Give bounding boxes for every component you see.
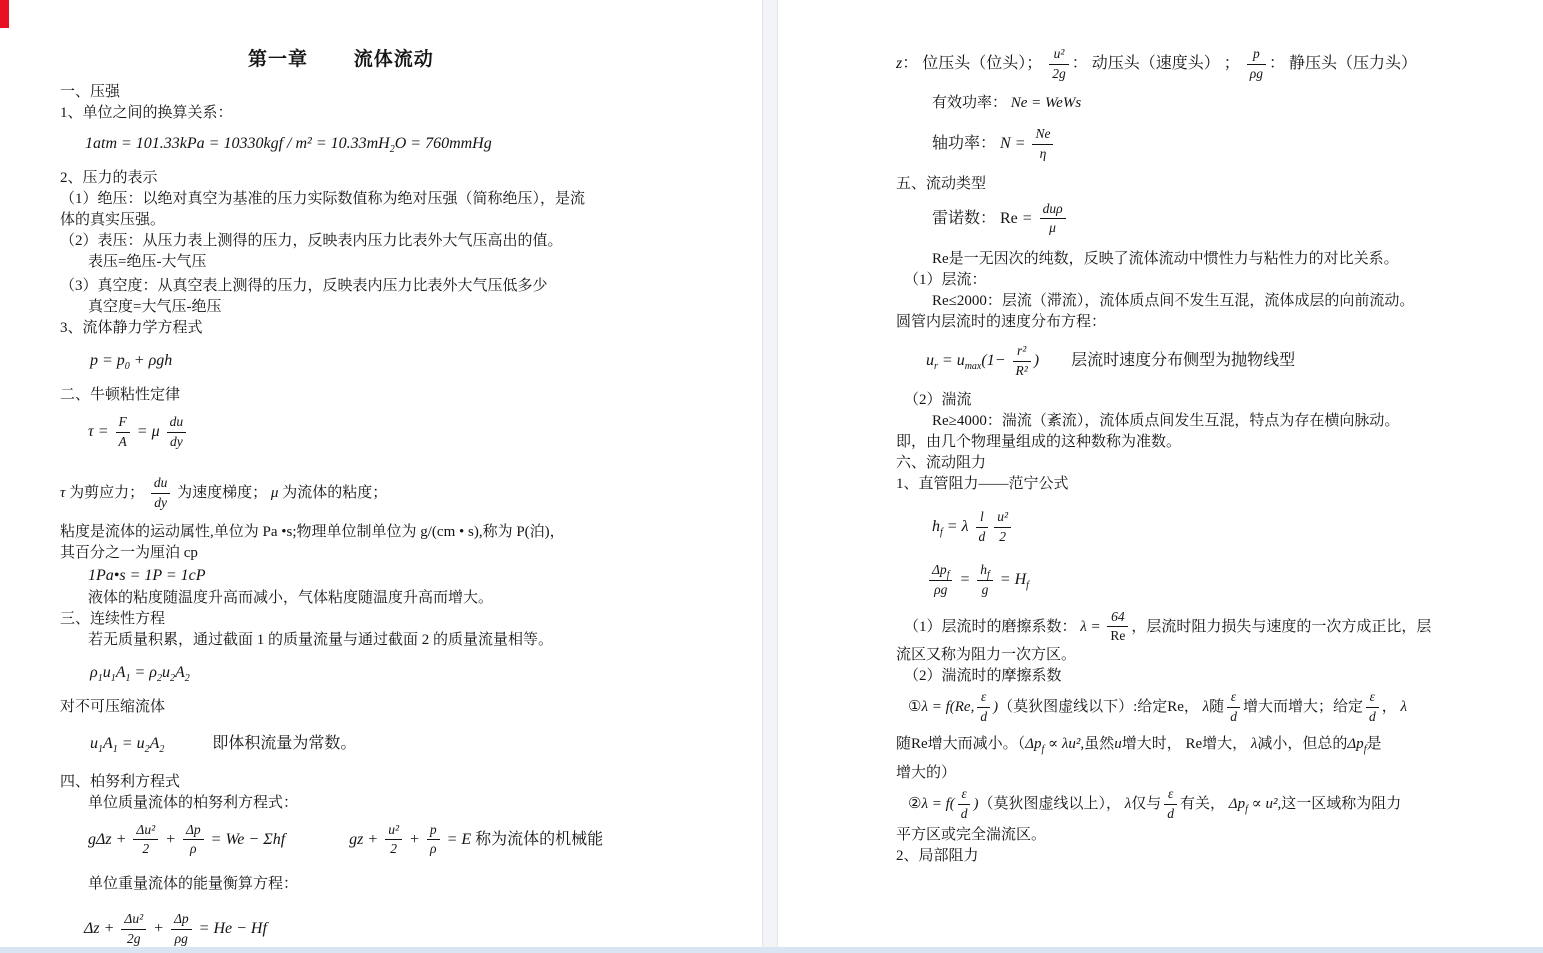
math-run: Ne = WeWs <box>1011 95 1081 111</box>
text-run: 随Re增大而减小。（ <box>896 736 1025 752</box>
right-page[interactable]: z： 位压头（位头）； u²2g： 动压头（速度头） ； pρg： 静压头（压力… <box>778 0 1543 953</box>
math-run: 2 <box>999 529 1006 544</box>
fraction: u²2 <box>994 509 1011 546</box>
math-run: ρ2 <box>149 664 162 681</box>
fraction: Δu²2g <box>121 911 146 948</box>
math-run: u2 <box>137 735 150 752</box>
chapter-title: 第一章 流体流动 <box>248 44 434 71</box>
text-line: 若无质量积累，通过截面 1 的质量流量与通过截面 2 的质量流量相等。 <box>88 630 762 651</box>
math-run: ρ1 <box>90 664 103 681</box>
math-run: d <box>1230 709 1237 724</box>
text-line: 即，由几个物理量组成的这种数称为准数。 <box>896 432 1543 453</box>
math-run: dy <box>154 495 167 510</box>
text-run: 为流体的粘度； <box>282 485 387 501</box>
math-run: umax <box>957 352 982 369</box>
math-run: u1 <box>103 664 116 681</box>
text-run: 层流时速度分布侧型为抛物线型 <box>1039 352 1295 369</box>
text-run: 流区又称为阻力一次方区。 <box>896 647 1076 663</box>
fraction: dudy <box>167 414 187 451</box>
fraction: Δpρg <box>171 911 192 948</box>
text-run: 圆管内层流时的速度分布方程： <box>896 314 1106 330</box>
math-run: gz + <box>349 831 382 848</box>
text-run: 六、流动阻力 <box>896 455 986 471</box>
math-run: u2 <box>162 664 175 681</box>
text-run: 对不可压缩流体 <box>60 699 165 715</box>
fraction: εd <box>1227 689 1240 726</box>
math-run: r² <box>1017 343 1026 358</box>
text-line: Re≤2000：层流（滞流），流体质点间不发生互混，流体成层的向前流动。 <box>932 291 1543 312</box>
math-run: ε <box>1168 786 1173 801</box>
text-line: 其百分之一为厘泊 cp <box>60 543 762 564</box>
text-line: （3）真空度：从真空表上测得的压力，反映表内压力比表外大气压低多少 <box>60 276 762 297</box>
text-line: （2）湍流时的摩擦系数 <box>904 666 1543 687</box>
text-line: Re≥4000：湍流（紊流），流体质点间发生互混，特点为存在横向脉动。 <box>932 411 1543 432</box>
text-run: 一、压强 <box>60 84 120 100</box>
text-run: 2、局部阻力 <box>896 848 979 864</box>
fraction: εd <box>1164 786 1177 823</box>
math-run: ρ <box>190 841 196 856</box>
text-run: ，层流时阻力损失与速度的一次方成正比，层 <box>1131 618 1431 634</box>
text-line: 2、压力的表示 <box>60 168 762 189</box>
fraction: 64Re <box>1107 609 1128 646</box>
text-run: ,虽然 <box>1080 736 1114 752</box>
math-run: 2 <box>390 841 397 856</box>
left-page[interactable]: 第一章 流体流动 一、压强1、单位之间的换算关系：1atm = 101.33kP… <box>0 0 762 953</box>
fraction: dudy <box>151 475 171 512</box>
math-run: Δu² <box>136 822 155 837</box>
formula-line: p = p0 + ρgh <box>90 349 762 373</box>
text-run: 是 <box>1366 736 1381 752</box>
text-line: 圆管内层流时的速度分布方程： <box>896 312 1543 333</box>
fraction: u²2 <box>385 822 402 859</box>
text-line: （1）层流时的磨擦系数： λ = 64Re，层流时阻力损失与速度的一次方成正比，… <box>904 609 1543 646</box>
text-run: 增大的） <box>896 765 956 781</box>
text-line: 三、连续性方程 <box>60 609 762 630</box>
text-run: 增大而增大；给定 <box>1243 699 1363 715</box>
math-run: Δz + <box>84 920 118 937</box>
fraction: FA <box>116 414 130 451</box>
formula-line: 雷诺数： Re = duρμ <box>932 201 1543 238</box>
text-run: Re≥4000：湍流（紊流），流体质点间发生互混，特点为存在横向脉动。 <box>932 413 1399 429</box>
formula-line: hf = λ ldu²2 <box>932 509 1543 546</box>
fraction: ld <box>976 509 989 546</box>
fraction: εd <box>1366 689 1379 726</box>
math-run: p0 <box>117 352 130 369</box>
math-run: d <box>979 529 986 544</box>
math-run: 2g <box>1052 66 1066 81</box>
fraction: εd <box>958 786 971 823</box>
math-run: Δp <box>186 822 201 837</box>
formula-line: 1Pa•s = 1P = 1cP <box>88 564 762 588</box>
math-run: λ = <box>1080 618 1104 634</box>
math-run: = <box>955 571 974 588</box>
math-run: mH2 <box>367 135 395 152</box>
text-line: Re是一无因次的纯数，反映了流体流动中惯性力与粘性力的对比关系。 <box>932 249 1543 270</box>
right-page-content: z： 位压头（位头）； u²2g： 动压头（速度头） ； pρg： 静压头（压力… <box>896 46 1543 867</box>
math-run: Δpf <box>1347 736 1366 752</box>
math-run: N = <box>1000 135 1029 152</box>
bottom-edge-strip <box>0 947 1543 953</box>
text-line: 随Re增大而减小。（Δpf ∝ λu²,虽然u增大时， Re增大， λ减小，但总… <box>896 734 1543 755</box>
text-run: ： 位压头（位头）； <box>902 55 1046 72</box>
math-run: ur <box>926 352 938 369</box>
formula-line: ur = umax(1− r²R²) 层流时速度分布侧型为抛物线型 <box>926 343 1543 380</box>
text-run: 有关， <box>1180 796 1229 812</box>
text-run: 二、牛顿粘性定律 <box>60 387 180 403</box>
text-run: 1、直管阻力——范宁公式 <box>896 476 1069 492</box>
text-line: 增大的） <box>896 763 1543 784</box>
text-run: 为速度梯度； <box>173 485 271 501</box>
math-run: 1atm = 101.33kPa = 10330kgf / m² = 10.33 <box>85 135 367 152</box>
math-run: 2g <box>127 931 141 946</box>
text-run: 四、柏努利方程式 <box>60 774 180 790</box>
left-page-content: 一、压强1、单位之间的换算关系：1atm = 101.33kPa = 10330… <box>60 82 762 948</box>
math-run: u² <box>1054 46 1065 61</box>
text-run: （2）湍流 <box>904 392 972 408</box>
text-line: （2）湍流 <box>904 390 1543 411</box>
math-run: η <box>1040 146 1047 161</box>
math-run: = <box>118 735 137 752</box>
document-viewer: 第一章 流体流动 一、压强1、单位之间的换算关系：1atm = 101.33kP… <box>0 0 1543 953</box>
page-gap <box>762 0 778 953</box>
text-run: 轴功率： <box>932 135 1000 152</box>
math-run: A1 <box>103 735 118 752</box>
text-run: ， <box>1382 699 1401 715</box>
math-run: = E <box>443 831 476 848</box>
text-run: ： 动压头（速度头） ； <box>1072 55 1244 72</box>
math-run: F <box>119 414 127 429</box>
text-line: ①λ = f(Re,εd)（莫狄图虚线以下）:给定Re， λ随εd增大而增大；给… <box>908 689 1543 726</box>
math-run: Ne <box>1035 126 1050 141</box>
math-run: Δp <box>174 911 189 926</box>
text-run: 体的真实压强。 <box>60 212 165 228</box>
text-run: （2）湍流时的摩擦系数 <box>904 668 1062 684</box>
fraction: Δpρ <box>183 822 204 859</box>
fraction: εd <box>977 689 990 726</box>
math-run: u1 <box>90 735 103 752</box>
math-run: Δpf <box>1025 736 1044 752</box>
math-run: du <box>170 414 184 429</box>
text-run: ： 静压头（压力头） <box>1269 55 1417 72</box>
text-run: （1）层流时的磨擦系数： <box>904 618 1080 634</box>
math-run: A2 <box>150 735 165 752</box>
math-run: + <box>161 831 180 848</box>
text-line: 四、柏努利方程式 <box>60 772 762 793</box>
math-run: dy <box>170 434 183 449</box>
text-run: （1）绝压：以绝对真空为基准的压力实际数值称为绝对压强（简称绝压），是流 <box>60 191 585 207</box>
math-run: u² <box>388 822 399 837</box>
formula-line: 轴功率： N = Neη <box>932 126 1543 163</box>
math-run: = He − Hf <box>195 920 267 937</box>
math-run: l <box>980 509 984 524</box>
text-run: （莫狄图虚线以上）， <box>978 796 1124 812</box>
text-run: 若无质量积累，通过截面 1 的质量流量与通过截面 2 的质量流量相等。 <box>88 632 553 648</box>
text-run: 称为流体的机械能 <box>475 831 603 848</box>
text-line: 有效功率： Ne = WeWs <box>932 93 1543 114</box>
math-run: hf <box>980 562 990 577</box>
text-run: ① <box>908 699 921 715</box>
math-run: λ <box>1400 699 1407 715</box>
text-run: （2）表压：从压力表上测得的压力，反映表内压力比表外大气压高出的值。 <box>60 233 563 249</box>
math-run: = λ <box>943 518 973 535</box>
math-run: μ <box>271 485 282 501</box>
text-run: 为剪应力； <box>69 485 148 501</box>
text-run: Re是一无因次的纯数，反映了流体流动中惯性力与粘性力的对比关系。 <box>932 251 1399 267</box>
fraction: Neη <box>1032 126 1053 163</box>
fraction: duρμ <box>1040 201 1066 238</box>
math-run: p <box>430 822 437 837</box>
fraction: r²R² <box>1013 343 1031 380</box>
math-run: (Re, <box>950 699 975 715</box>
fraction: pρg <box>1247 46 1266 83</box>
text-run: 3、流体静力学方程式 <box>60 320 203 336</box>
text-line: 1、直管阻力——范宁公式 <box>896 474 1543 495</box>
text-run: Re≤2000：层流（滞流），流体质点间不发生互混，流体成层的向前流动。 <box>932 293 1414 309</box>
text-line: 3、流体静力学方程式 <box>60 318 762 339</box>
text-line: 二、牛顿粘性定律 <box>60 385 762 406</box>
math-run: λ = f <box>921 699 949 715</box>
text-line: 流区又称为阻力一次方区。 <box>896 645 1543 666</box>
math-run: = μ <box>133 423 164 440</box>
math-run: d <box>1167 806 1174 821</box>
text-run: 雷诺数： Re <box>932 210 1018 227</box>
math-run: hf <box>932 518 943 535</box>
text-run: （3）真空度：从真空表上测得的压力，反映表内压力比表外大气压低多少 <box>60 278 548 294</box>
text-line: 表压=绝压-大气压 <box>88 252 762 273</box>
text-line: 真空度=大气压-绝压 <box>88 297 762 318</box>
text-run: 2、压力的表示 <box>60 170 158 186</box>
math-run: ε <box>1231 689 1236 704</box>
fraction: Δu²2 <box>133 822 158 859</box>
math-run: A2 <box>175 664 190 681</box>
math-run: ρg <box>175 931 188 946</box>
math-run: 1Pa•s = 1P = 1cP <box>88 567 206 584</box>
text-run: 减小，但总的 <box>1257 736 1347 752</box>
text-run: 增大时， Re增大， <box>1122 736 1251 752</box>
text-run: ② <box>908 796 921 812</box>
formula-line: z： 位压头（位头）； u²2g： 动压头（速度头） ； pρg： 静压头（压力… <box>896 46 1543 83</box>
math-run: μ <box>1049 220 1056 235</box>
math-run: ε <box>1370 689 1375 704</box>
fraction: hfg <box>977 562 993 599</box>
math-run: + ρgh <box>130 352 172 369</box>
text-run: 即体积流量为常数。 <box>164 735 356 752</box>
red-corner-marker <box>0 0 9 28</box>
math-run: ∝ u² <box>1248 796 1278 812</box>
math-run: τ <box>60 485 69 501</box>
text-run: 粘度是流体的运动属性,单位为 Pa •s;物理单位制单位为 g/(cm • s)… <box>60 524 565 540</box>
text-line: τ 为剪应力； dudy 为速度梯度； μ 为流体的粘度； <box>60 475 762 512</box>
text-line: 2、局部阻力 <box>896 846 1543 867</box>
math-run: + <box>149 920 168 937</box>
math-run: = <box>938 352 957 369</box>
math-run: u² <box>997 509 1008 524</box>
text-line: 液体的粘度随温度升高而减小，气体粘度随温度升高而增大。 <box>88 588 762 609</box>
text-line: （1）层流： <box>904 270 1543 291</box>
text-line: （1）绝压：以绝对真空为基准的压力实际数值称为绝对压强（简称绝压），是流 <box>60 189 762 210</box>
text-run: 真空度=大气压-绝压 <box>88 299 221 315</box>
formula-line: u1A1 = u2A2 即体积流量为常数。 <box>90 732 762 756</box>
text-line: 五、流动类型 <box>896 174 1543 195</box>
math-run: Hf <box>1015 571 1029 588</box>
math-run: Δpf <box>1229 796 1248 812</box>
text-run: 表压=绝压-大气压 <box>88 254 206 270</box>
text-line: 平方区或完全湍流区。 <box>896 825 1543 846</box>
math-run: g <box>982 582 989 597</box>
math-run: d <box>1369 709 1376 724</box>
math-run: p <box>1253 46 1260 61</box>
math-run: O = 760mmHg <box>395 135 492 152</box>
text-line: 粘度是流体的运动属性,单位为 Pa •s;物理单位制单位为 g/(cm • s)… <box>60 522 762 543</box>
math-run: gΔz + <box>88 831 130 848</box>
math-run: ∝ λu² <box>1044 736 1080 752</box>
text-line: 六、流动阻力 <box>896 453 1543 474</box>
math-run: τ = <box>88 423 113 440</box>
math-run: 2 <box>142 841 149 856</box>
math-run: u <box>1114 736 1122 752</box>
math-run: d <box>961 806 968 821</box>
formula-line: ρ1u1A1 = ρ2u2A2 <box>90 661 762 685</box>
math-run: du <box>154 475 168 490</box>
text-run: 单位重量流体的能量衡算方程： <box>88 876 298 892</box>
math-run: = <box>1018 210 1037 227</box>
math-run: p = <box>90 352 117 369</box>
math-run: Δpf <box>932 562 949 577</box>
math-run: λ = f( <box>921 796 954 812</box>
math-run: (1− <box>981 352 1009 369</box>
math-run: A1 <box>116 664 131 681</box>
text-run: 仅与 <box>1131 796 1161 812</box>
math-run: ε <box>981 689 986 704</box>
text-run: （1）层流： <box>904 272 987 288</box>
text-run: 即，由几个物理量组成的这种数称为准数。 <box>896 434 1181 450</box>
text-run: 1、单位之间的换算关系： <box>60 105 233 121</box>
text-run: 三、连续性方程 <box>60 611 165 627</box>
math-run: duρ <box>1043 201 1063 216</box>
text-line: 1、单位之间的换算关系： <box>60 103 762 124</box>
text-line: 体的真实压强。 <box>60 210 762 231</box>
fraction: Δpfρg <box>929 562 952 599</box>
fraction: u²2g <box>1049 46 1069 83</box>
text-run: 其百分之一为厘泊 cp <box>60 545 198 561</box>
math-run: ε <box>961 786 966 801</box>
text-line: 一、压强 <box>60 82 762 103</box>
math-run: ρ <box>430 841 436 856</box>
text-run <box>285 831 349 848</box>
math-run: ρg <box>934 582 947 597</box>
math-run: R² <box>1016 363 1028 378</box>
text-run: 单位质量流体的柏努利方程式： <box>88 795 298 811</box>
text-line: 对不可压缩流体 <box>60 697 762 718</box>
formula-line: 1atm = 101.33kPa = 10330kgf / m² = 10.33… <box>85 132 762 156</box>
text-run: ,这一区域称为阻力 <box>1278 796 1402 812</box>
math-run: Δu² <box>124 911 143 926</box>
text-run: 有效功率： <box>932 95 1011 111</box>
text-run: 随 <box>1209 699 1224 715</box>
math-run: 64 <box>1111 609 1125 624</box>
math-run: d <box>980 709 987 724</box>
math-run: + <box>405 831 424 848</box>
math-run: = <box>130 664 149 681</box>
fraction: pρ <box>427 822 440 859</box>
math-run: = <box>996 571 1015 588</box>
formula-line: Δpfρg = hfg = Hf <box>926 562 1543 599</box>
text-run: 五、流动类型 <box>896 176 986 192</box>
text-run: Re <box>1110 628 1125 643</box>
formula-line: gΔz + Δu²2 + Δpρ = We − Σhf gz + u²2 + p… <box>88 822 762 859</box>
math-run: ρg <box>1250 66 1263 81</box>
text-line: ②λ = f(εd)（莫狄图虚线以上）， λ仅与εd有关， Δpf ∝ u²,这… <box>908 786 1543 823</box>
math-run: = We − Σhf <box>207 831 286 848</box>
math-run: A <box>119 434 127 449</box>
text-run: 液体的粘度随温度升高而减小，气体粘度随温度升高而增大。 <box>88 590 493 606</box>
text-run: 平方区或完全湍流区。 <box>896 827 1046 843</box>
text-line: 单位质量流体的柏努利方程式： <box>88 793 762 814</box>
text-line: （2）表压：从压力表上测得的压力，反映表内压力比表外大气压高出的值。 <box>60 231 762 252</box>
formula-line: τ = FA = μ dudy <box>88 414 762 451</box>
text-line: 单位重量流体的能量衡算方程： <box>88 874 762 895</box>
formula-line: Δz + Δu²2g + Δpρg = He − Hf <box>84 911 762 948</box>
text-run: （莫狄图虚线以下）:给定Re， <box>998 699 1203 715</box>
